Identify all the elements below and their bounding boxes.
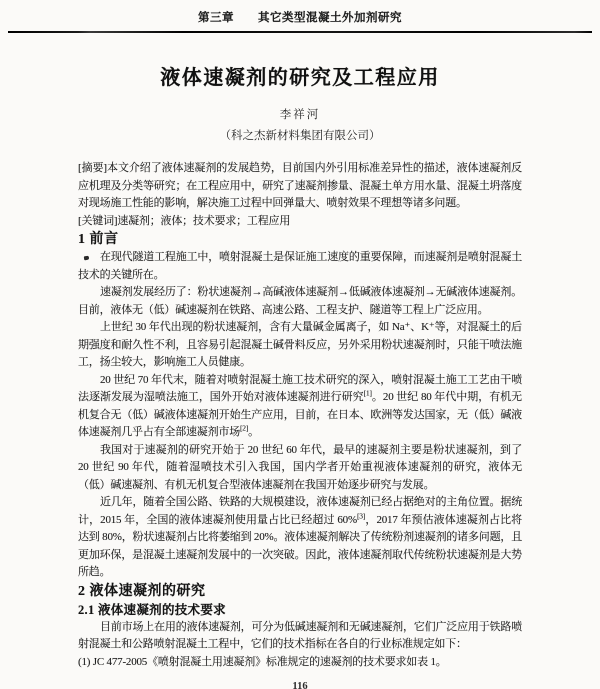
keywords-line: [关键词]速凝剂；液体；技术要求；工程应用 (78, 213, 522, 231)
body-paragraph: 在现代隧道工程施工中，喷射混凝土是保证施工速度的重要保障，而速凝剂是喷射混凝土技… (78, 249, 522, 284)
abstract-paragraph: [摘要]本文介绍了液体速凝剂的发展趋势，目前国内外引用标准差异性的描述，液体速凝… (78, 160, 522, 213)
chapter-header-text: 第三章 其它类型混凝土外加剂研究 (0, 0, 600, 25)
page-header: 第三章 其它类型混凝土外加剂研究 (0, 0, 600, 33)
author-name: 李祥河 (0, 106, 600, 122)
page-number: 116 (0, 681, 600, 689)
section-heading-introduction: 1 前言 (78, 230, 522, 249)
numbered-item-jc477: (1) JC 477-2005《喷射混凝土用速凝剂》标准规定的速凝剂的技术要求如… (78, 654, 522, 672)
affiliation: （科之杰新材料集团有限公司） (0, 127, 600, 143)
document-page: 第三章 其它类型混凝土外加剂研究 液体速凝剂的研究及工程应用 李祥河 （科之杰新… (0, 0, 600, 689)
body-paragraph: 速凝剂发展经历了：粉状速凝剂→高碱液体速凝剂→低碱液体速凝剂→无碱液体速凝剂。目… (78, 284, 522, 319)
body-paragraph: 近几年，随着全国公路、铁路的大规模建设，液体速凝剂已经占据绝对的主角位置。据统计… (78, 494, 522, 582)
first-paragraph-wrap: 在现代隧道工程施工中，喷射混凝土是保证施工速度的重要保障，而速凝剂是喷射混凝土技… (78, 249, 522, 284)
paper-title: 液体速凝剂的研究及工程应用 (0, 61, 600, 90)
subsection-heading-technical-requirements: 2.1 液体速凝剂的技术要求 (78, 601, 522, 619)
body-paragraph: 20 世纪 70 年代末，随着对喷射混凝土施工技术研究的深入，喷射混凝土施工工艺… (78, 372, 522, 442)
paper-body: [摘要]本文介绍了液体速凝剂的发展趋势，目前国内外引用标准差异性的描述，液体速凝… (78, 160, 522, 671)
body-paragraph: 我国对于速凝剂的研究开始于 20 世纪 60 年代，最早的速凝剂主要是粉状速凝剂… (78, 442, 522, 495)
body-paragraph: 目前市场上在用的液体速凝剂，可分为低碱速凝剂和无碱速凝剂，它们广泛应用于铁路喷射… (78, 619, 522, 654)
header-rule (8, 31, 592, 33)
body-paragraph: 上世纪 30 年代出现的粉状速凝剂，含有大量碱金属离子，如 Na⁺、K⁺等，对混… (78, 319, 522, 372)
section-heading-study: 2 液体速凝剂的研究 (78, 582, 522, 601)
